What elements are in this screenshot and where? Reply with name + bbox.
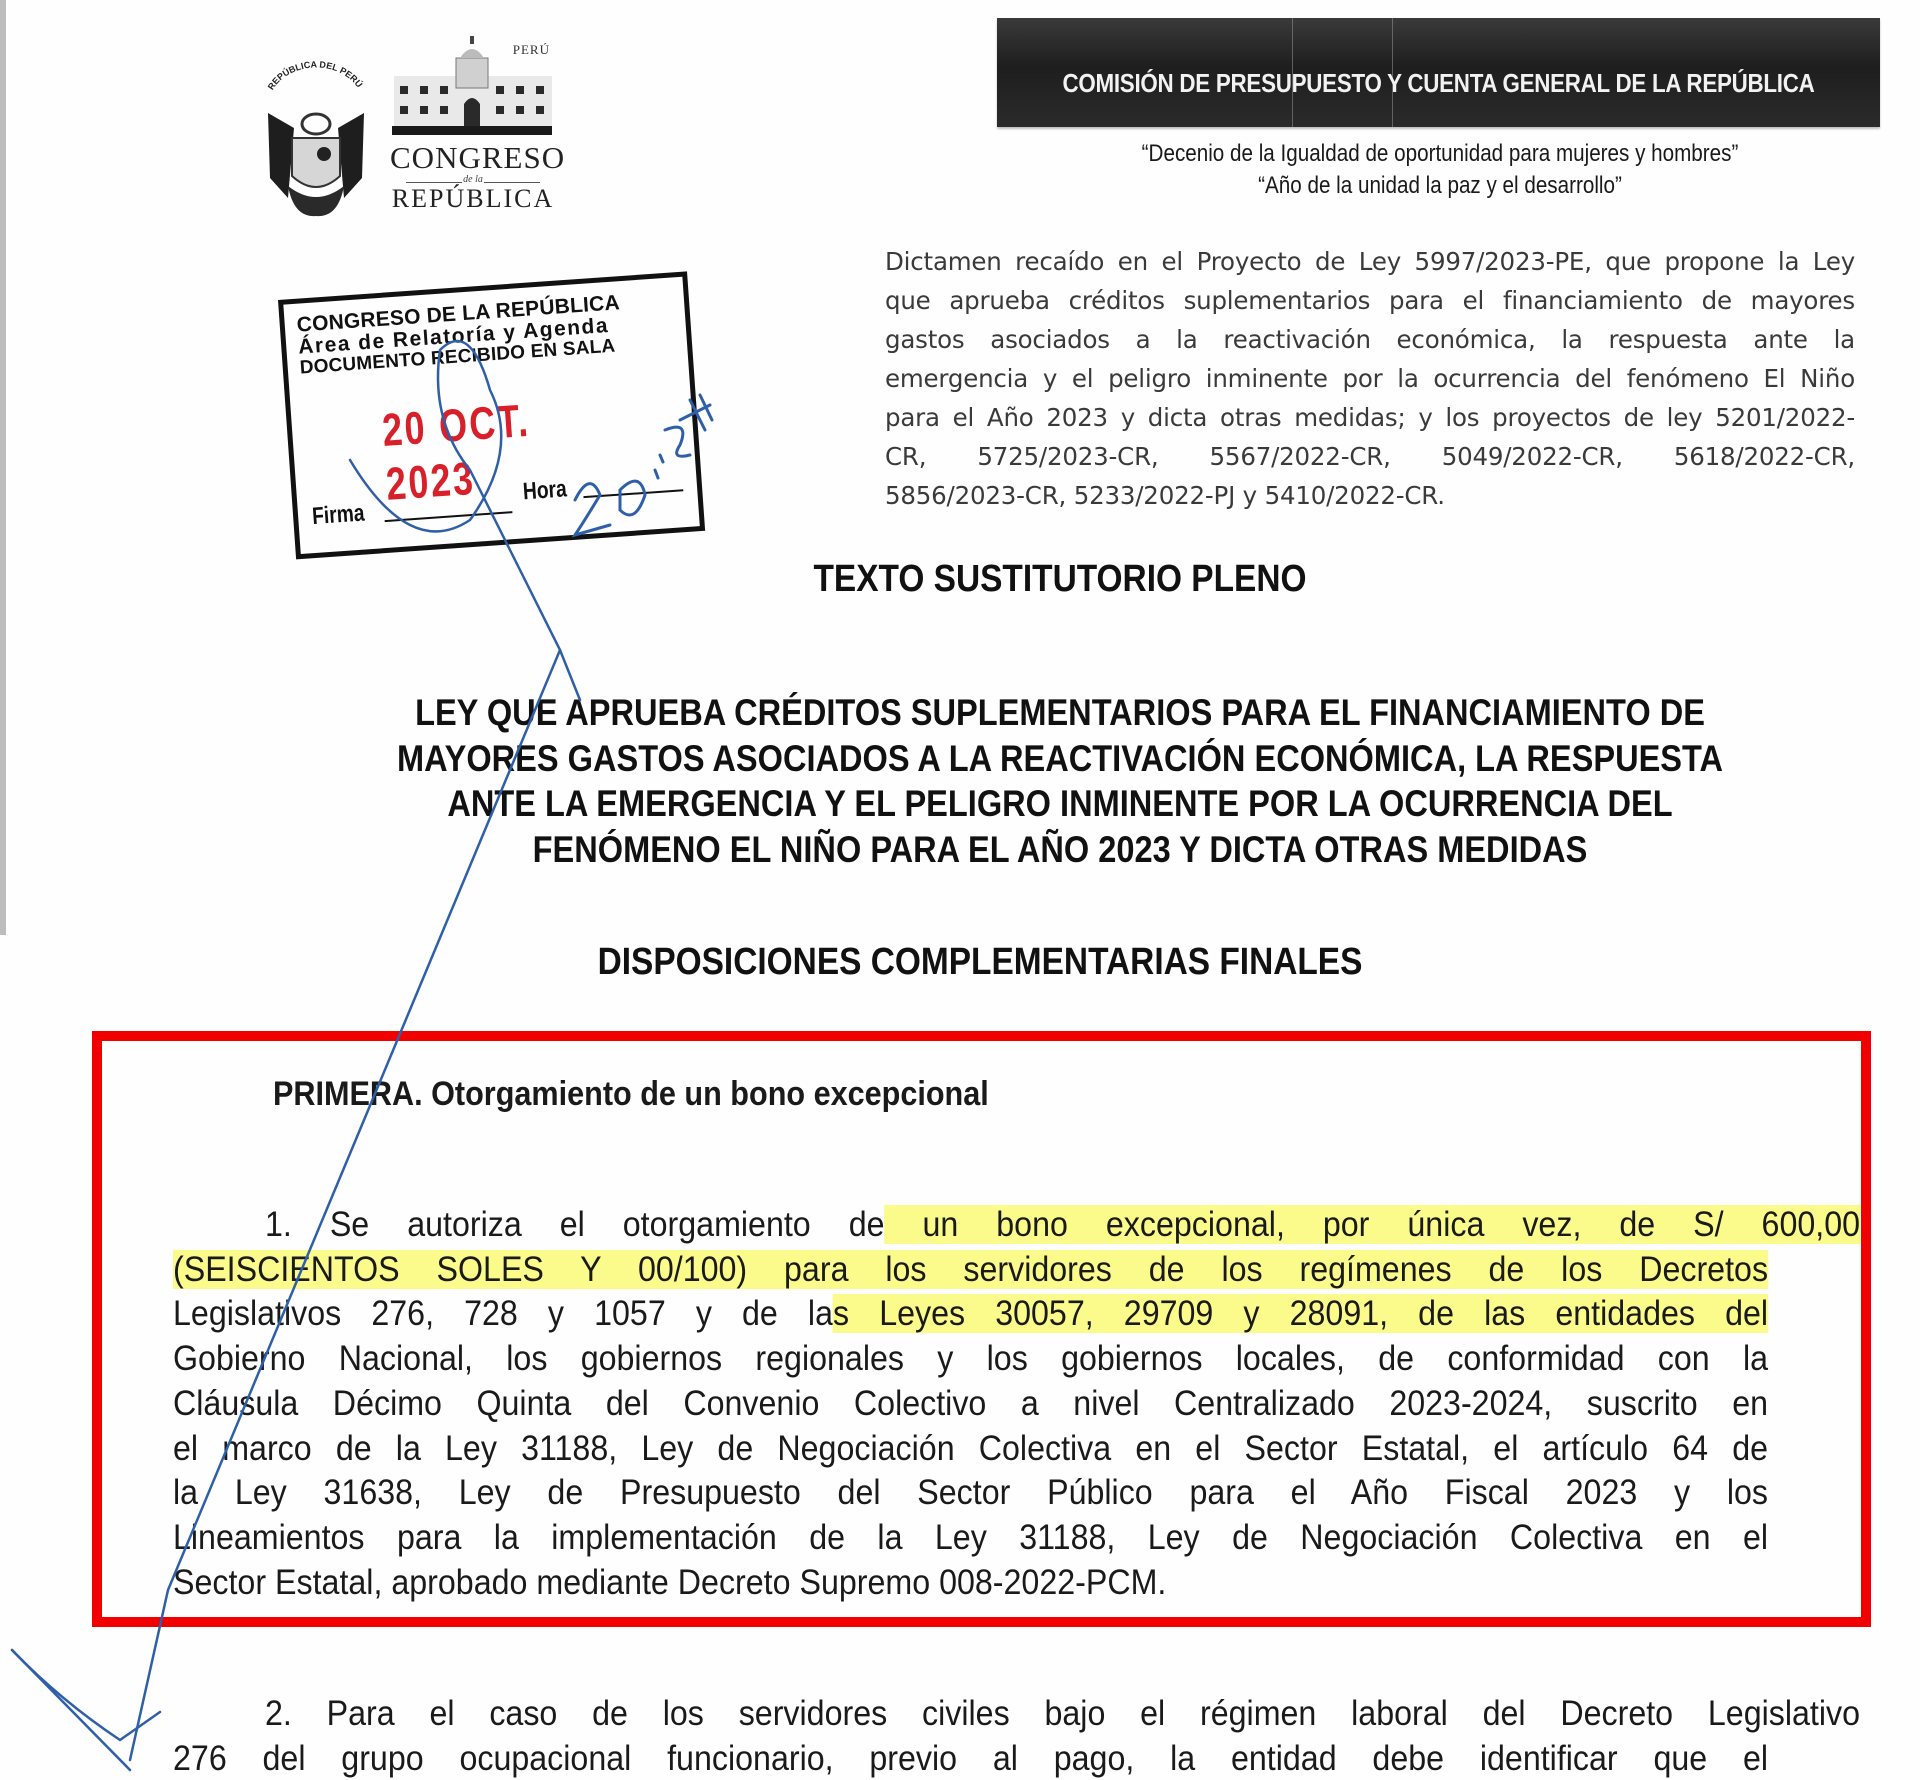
motto-decenio: “Decenio de la Igualdad de oportunidad p… <box>1062 140 1819 168</box>
paragraph-2: 2. Para el caso de los servidores civile… <box>173 1692 1768 1780</box>
shield-icon: REPÚBLICA DEL PERÚ <box>258 58 374 222</box>
dictamen-summary: Dictamen recaído en el Proyecto de Ley 5… <box>885 242 1855 515</box>
law-title: LEY QUE APRUEBA CRÉDITOS SUPLEMENTARIOS … <box>338 690 1781 872</box>
logo-word-congreso: CONGRESO <box>390 140 556 176</box>
highlighted-text: un bono excepcional, por única vez, de S… <box>885 1205 1861 1244</box>
dictamen-line: Dictamen recaído en el Proyecto de Ley 5… <box>885 242 1855 281</box>
logo-word-republica: REPÚBLICA <box>390 184 556 214</box>
paragraph-line: 2. Para el caso de los servidores civile… <box>173 1692 1860 1737</box>
dictamen-line: para el Año 2023 y dicta otras medidas; … <box>885 398 1855 437</box>
primera-heading: PRIMERA. Otorgamiento de un bono excepci… <box>273 1075 989 1114</box>
paragraph-line: 276 del grupo ocupacional funcionario, p… <box>173 1737 1768 1780</box>
section-heading: TEXTO SUSTITUTORIO PLENO <box>620 558 1500 601</box>
paragraph-line: Sector Estatal, aprobado mediante Decret… <box>173 1561 1768 1606</box>
highlighted-text: (SEISCIENTOS SOLES Y 00/100) para los se… <box>173 1250 1768 1289</box>
dictamen-line: emergencia y el peligro inminente por la… <box>885 359 1855 398</box>
paragraph-line: 1. Se autoriza el otorgamiento de un bon… <box>173 1203 1860 1248</box>
paragraph-line: la Ley 31638, Ley de Presupuesto del Sec… <box>173 1471 1768 1516</box>
paragraph-1: 1. Se autoriza el otorgamiento de un bon… <box>173 1203 1768 1605</box>
paragraph-line: Cláusula Décimo Quinta del Convenio Cole… <box>173 1382 1768 1427</box>
stamp-date: 20 OCT. 2023 <box>380 386 629 511</box>
congress-logo: PERÚ CONGRESO de la REPÚBLICA <box>390 34 556 214</box>
law-title-line: LEY QUE APRUEBA CRÉDITOS SUPLEMENTARIOS … <box>338 690 1781 736</box>
law-title-line: ANTE LA EMERGENCIA Y EL PELIGRO INMINENT… <box>338 781 1781 827</box>
paragraph-line: el marco de la Ley 31188, Ley de Negocia… <box>173 1427 1768 1472</box>
plain-text: 1. Se autoriza el otorgamiento de <box>265 1205 885 1244</box>
paragraph-line: Legislativos 276, 728 y 1057 y de las Le… <box>173 1292 1768 1337</box>
law-title-line: FENÓMENO EL NIÑO PARA EL AÑO 2023 Y DICT… <box>338 827 1781 873</box>
svg-text:REPÚBLICA DEL PERÚ: REPÚBLICA DEL PERÚ <box>266 59 366 91</box>
law-title-line: MAYORES GASTOS ASOCIADOS A LA REACTIVACI… <box>338 736 1781 782</box>
logo-country: PERÚ <box>513 42 550 58</box>
dictamen-line: 5856/2023-CR, 5233/2022-PJ y 5410/2022-C… <box>885 476 1855 515</box>
dictamen-line: que aprueba créditos suplementarios para… <box>885 281 1855 320</box>
plain-text: Legislativos 276, 728 y 1057 y de la <box>173 1294 833 1333</box>
stamp-firma-line <box>385 511 513 522</box>
paragraph-line: Lineamientos para la implementación de l… <box>173 1516 1768 1561</box>
dictamen-line: gastos asociados a la reactivación econó… <box>885 320 1855 359</box>
stamp-firma-label: Firma <box>311 500 365 532</box>
dispositions-heading: DISPOSICIONES COMPLEMENTARIAS FINALES <box>540 941 1420 984</box>
coat-of-arms-logo: REPÚBLICA DEL PERÚ <box>258 58 374 222</box>
paragraph-line: (SEISCIENTOS SOLES Y 00/100) para los se… <box>173 1248 1768 1293</box>
paragraph-line: Gobierno Nacional, los gobiernos regiona… <box>173 1337 1768 1382</box>
page-edge-bar <box>0 0 6 935</box>
dictamen-line: CR, 5725/2023-CR, 5567/2022-CR, 5049/202… <box>885 437 1855 476</box>
commission-banner: COMISIÓN DE PRESUPUESTO Y CUENTA GENERAL… <box>997 18 1880 127</box>
reception-stamp: CONGRESO DE LA REPÚBLICA Área de Relator… <box>278 271 705 559</box>
motto-anio: “Año de la unidad la paz y el desarrollo… <box>1062 172 1819 200</box>
stamp-hora-label: Hora <box>522 475 568 506</box>
highlighted-text: s Leyes 30057, 29709 y 28091, de las ent… <box>833 1294 1768 1333</box>
logo-rule-right <box>484 182 540 183</box>
banner-title: COMISIÓN DE PRESUPUESTO Y CUENTA GENERAL… <box>1059 68 1818 99</box>
